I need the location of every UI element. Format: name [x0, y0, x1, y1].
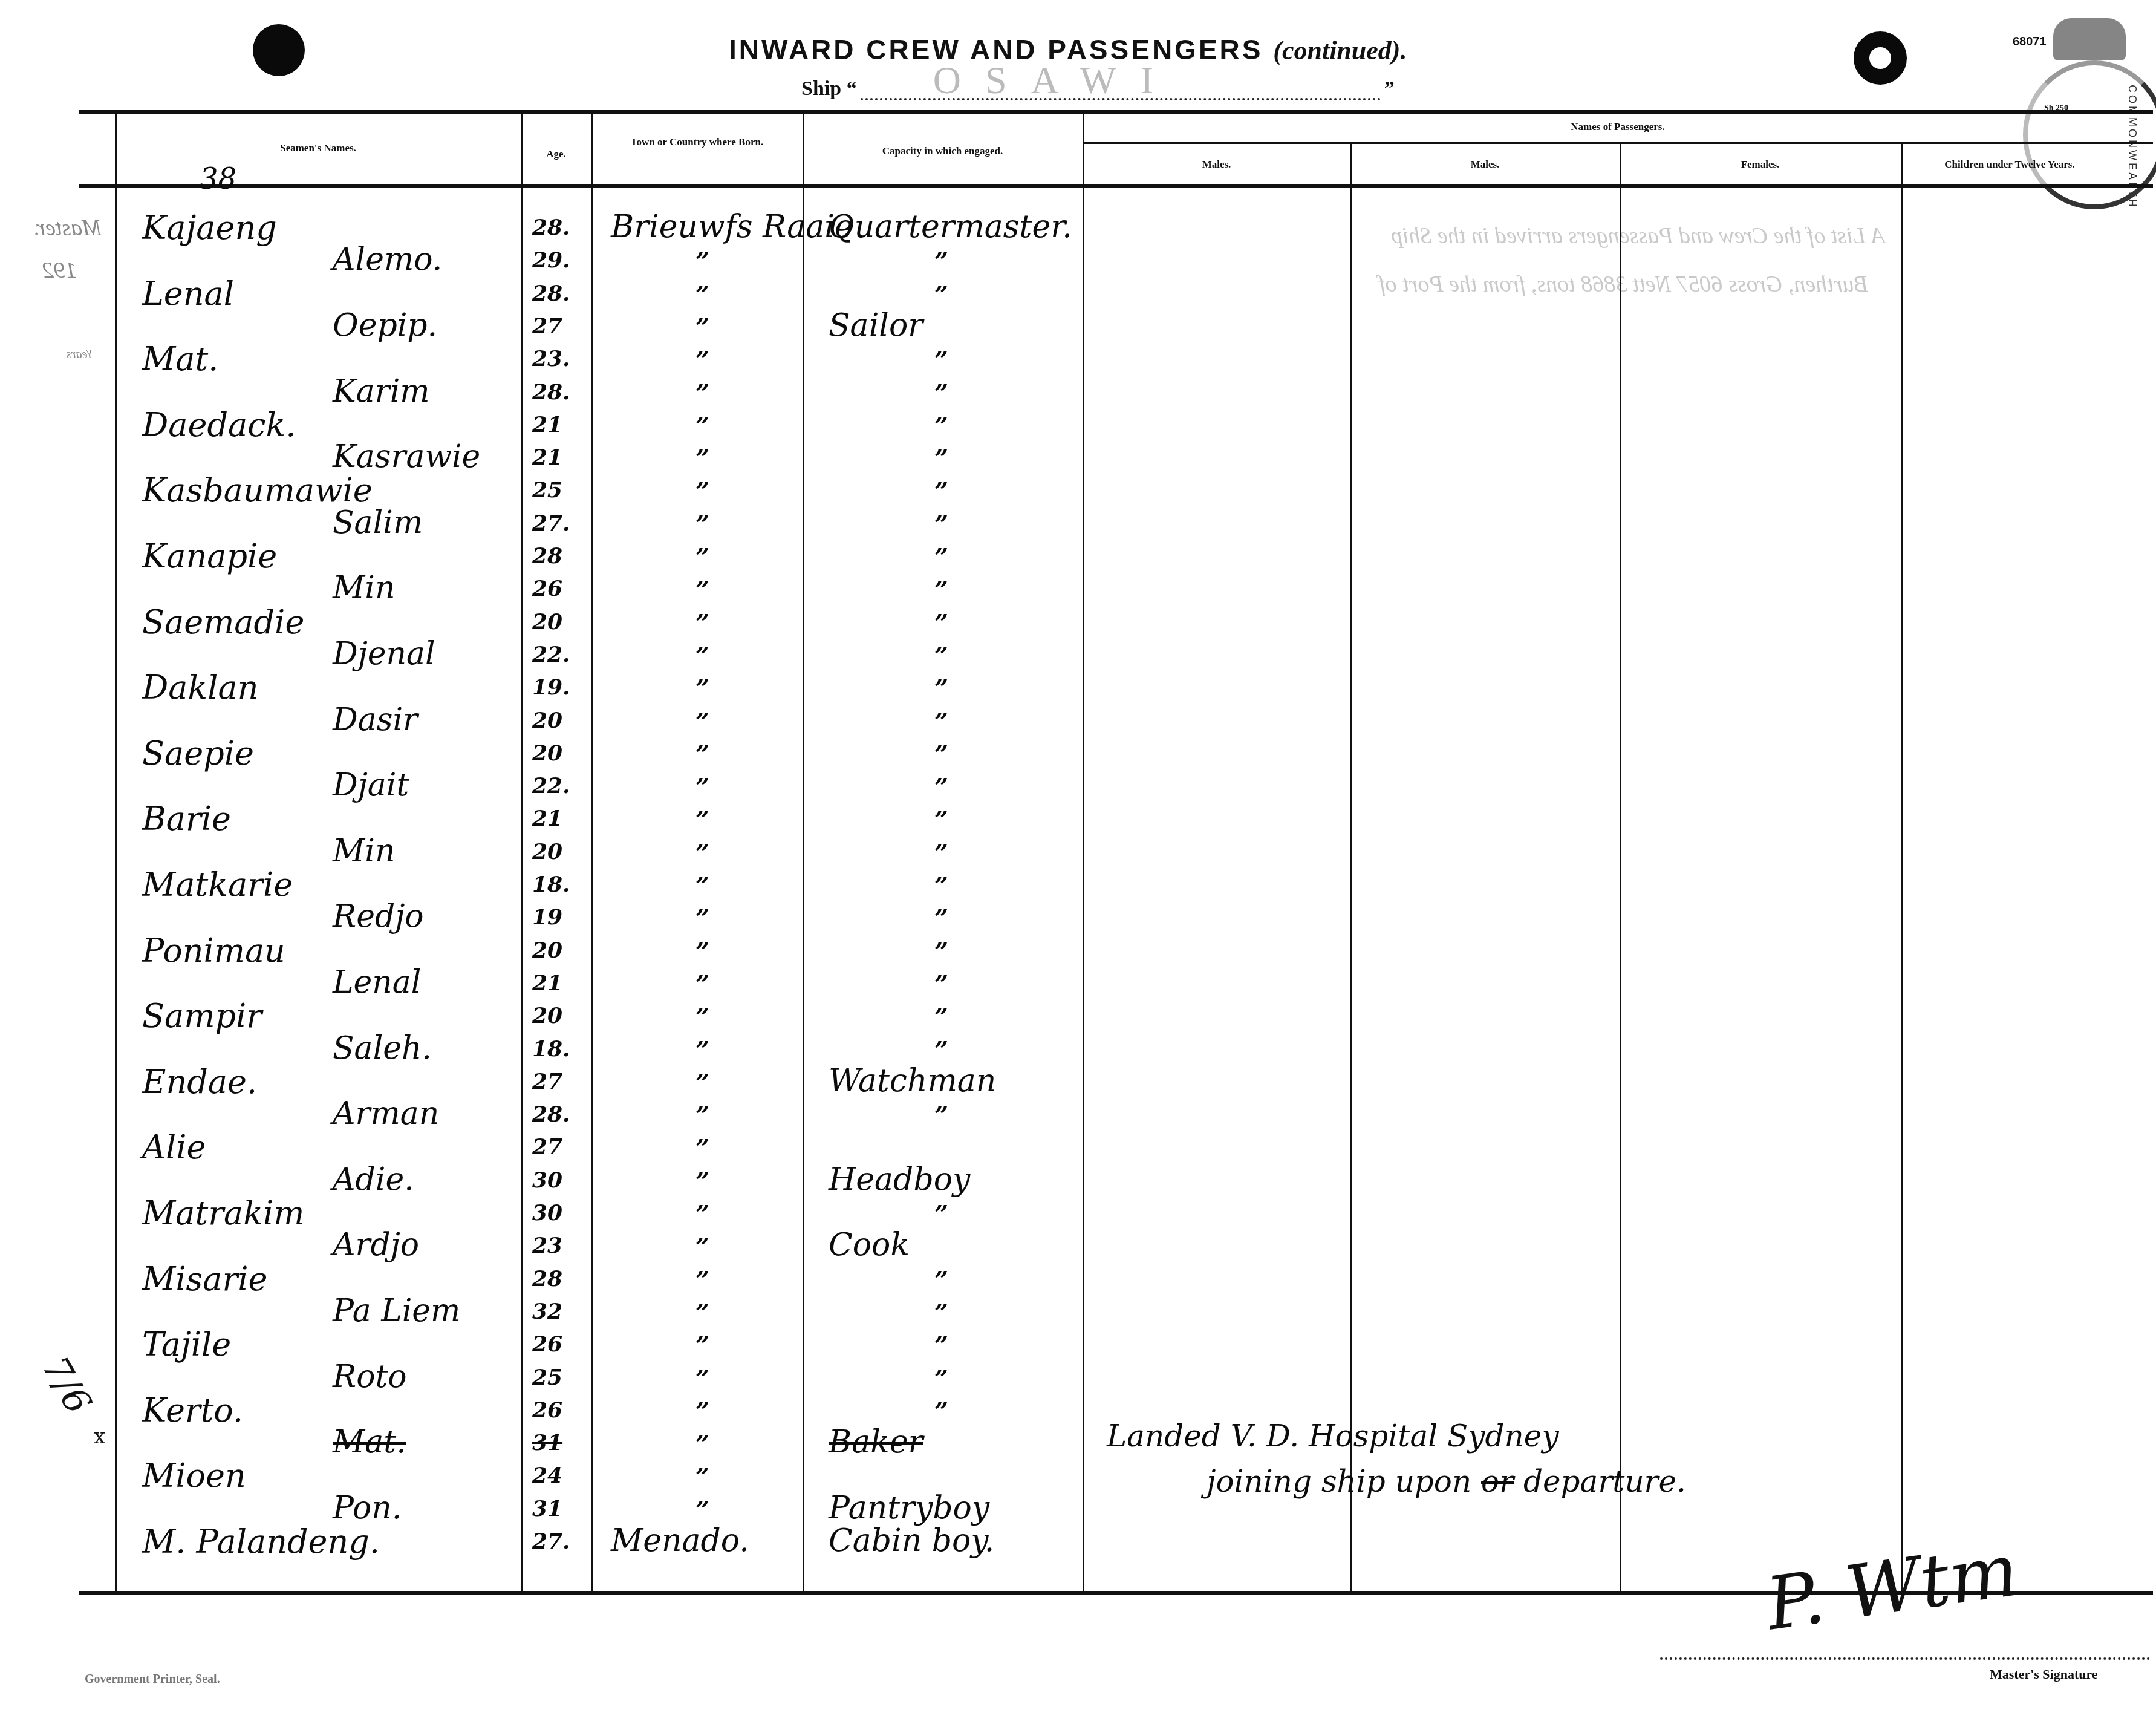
- seaman-age: 28.: [532, 281, 570, 306]
- seaman-capacity: Headboy: [829, 1161, 970, 1198]
- seaman-first-name: Matrakim: [142, 1194, 304, 1232]
- seaman-birthplace: ”: [695, 1167, 709, 1196]
- seaman-capacity: ”: [934, 445, 948, 473]
- seaman-birthplace: ”: [695, 839, 709, 867]
- ship-name: OSAWI: [933, 58, 1178, 103]
- seaman-first-name: Mat.: [142, 340, 218, 378]
- seaman-age: 24: [532, 1463, 562, 1488]
- header-seamens-names: Seamen's Names.: [115, 142, 521, 154]
- seaman-capacity: ”: [934, 247, 948, 276]
- seaman-age: 25: [532, 477, 562, 503]
- seaman-capacity: Cabin boy.: [829, 1523, 994, 1559]
- seaman-birthplace: ”: [695, 773, 709, 802]
- seaman-capacity: ”: [934, 740, 948, 769]
- col-rule-males2: [1350, 143, 1352, 1593]
- form-number: 68071: [2013, 35, 2047, 49]
- seaman-capacity: Baker: [829, 1424, 923, 1460]
- seaman-capacity: ”: [934, 674, 948, 703]
- seaman-birthplace: ”: [695, 543, 709, 572]
- seaman-second-name: Roto: [333, 1359, 407, 1395]
- seaman-age: 21: [532, 445, 562, 470]
- seaman-birthplace: ”: [695, 1365, 709, 1393]
- seaman-birthplace: ”: [695, 1069, 709, 1097]
- seaman-second-name: Kasrawie: [333, 439, 480, 475]
- seaman-age: 20: [532, 839, 562, 864]
- seaman-second-name: Lenal: [333, 964, 421, 1001]
- seaman-capacity: ”: [934, 511, 948, 539]
- seaman-capacity: ”: [934, 904, 948, 933]
- seaman-first-name: Barie: [142, 800, 231, 838]
- seaman-birthplace: ”: [695, 1233, 709, 1261]
- seaman-first-name: Lenal: [142, 275, 234, 313]
- master-signature: P. Wtm: [1761, 1529, 2023, 1647]
- seaman-capacity: ”: [934, 872, 948, 900]
- col-rule-capacity: [803, 112, 804, 1593]
- seaman-age: 20: [532, 708, 562, 733]
- seaman-second-name: Salim: [333, 504, 423, 541]
- seaman-birthplace: Brieuwfs Raaie: [611, 209, 853, 245]
- seaman-age: 20: [532, 1003, 562, 1028]
- seaman-birthplace: ”: [695, 346, 709, 374]
- seaman-age: 18.: [532, 1036, 570, 1062]
- seaman-first-name: M. Palandeng.: [142, 1523, 380, 1561]
- seaman-capacity: ”: [934, 609, 948, 638]
- seaman-capacity: ”: [934, 1365, 948, 1393]
- seaman-birthplace: ”: [695, 609, 709, 638]
- seaman-capacity: ”: [934, 1266, 948, 1295]
- seaman-capacity: ”: [934, 1200, 948, 1229]
- seaman-birthplace: ”: [695, 281, 709, 309]
- seaman-age: 28: [532, 543, 562, 569]
- seaman-birthplace: ”: [695, 1331, 709, 1360]
- seaman-second-name: Min: [333, 833, 395, 869]
- seaman-capacity: Cook: [829, 1227, 910, 1263]
- seaman-age: 23: [532, 1233, 562, 1258]
- seaman-second-name: Ardjo: [333, 1227, 419, 1263]
- seaman-first-name: Kerto.: [142, 1391, 243, 1429]
- seaman-birthplace: ”: [695, 445, 709, 473]
- seaman-birthplace: ”: [695, 1496, 709, 1524]
- printer-imprint: Government Printer, Seal.: [85, 1673, 220, 1686]
- seaman-first-name: Kajaeng: [142, 209, 277, 247]
- bleed-through-line-1: A List of the Crew and Passengers arrive…: [1391, 223, 1885, 249]
- seaman-birthplace: ”: [695, 642, 709, 670]
- passengers-subhead-rule: [1083, 142, 2153, 144]
- seaman-age: 20: [532, 609, 562, 635]
- seaman-age: 21: [532, 970, 562, 996]
- seaman-capacity: ”: [934, 576, 948, 604]
- seaman-age: 20: [532, 740, 562, 766]
- seaman-second-name: Djait: [333, 767, 409, 803]
- seaman-first-name: Matkarie: [142, 866, 293, 904]
- seaman-age: 28.: [532, 215, 570, 240]
- seaman-age: 26: [532, 1397, 562, 1423]
- seaman-second-name: Djenal: [333, 636, 435, 672]
- seaman-first-name: Mioen: [142, 1457, 246, 1495]
- seaman-birthplace: ”: [695, 1003, 709, 1031]
- seaman-second-name: Redjo: [333, 898, 424, 935]
- col-rule-left: [115, 112, 117, 1593]
- margin-fraction: 7/6: [34, 1350, 100, 1422]
- header-age: Age.: [521, 148, 591, 160]
- seaman-birthplace: ”: [695, 511, 709, 539]
- seaman-age: 30: [532, 1167, 562, 1193]
- seaman-age: 23.: [532, 346, 570, 371]
- seaman-birthplace: ”: [695, 1200, 709, 1229]
- seaman-first-name: Alie: [142, 1128, 206, 1166]
- seaman-age: 20: [532, 938, 562, 963]
- seaman-age: 31: [532, 1496, 562, 1521]
- seaman-capacity: Quartermaster.: [829, 209, 1072, 245]
- seaman-first-name: Tajile: [142, 1325, 231, 1363]
- seaman-birthplace: ”: [695, 806, 709, 834]
- seaman-birthplace: ”: [695, 1397, 709, 1426]
- seaman-age: 28.: [532, 379, 570, 405]
- seaman-capacity: ”: [934, 806, 948, 834]
- punch-hole-left: [253, 24, 305, 76]
- seaman-birthplace: ”: [695, 576, 709, 604]
- header-passengers: Names of Passengers.: [1083, 121, 2153, 133]
- seaman-capacity: Pantryboy: [829, 1490, 989, 1526]
- seaman-first-name: Saemadie: [142, 603, 304, 641]
- seaman-second-name: Oepip.: [333, 307, 437, 344]
- seaman-first-name: Daedack.: [142, 406, 296, 444]
- bleed-through-left-3: Years: [67, 348, 93, 362]
- seaman-capacity: ”: [934, 281, 948, 309]
- seaman-first-name: Kanapie: [142, 537, 277, 575]
- ship-field: Ship “ OSAWI ”: [801, 77, 1395, 100]
- col-rule-children: [1901, 143, 1903, 1593]
- seaman-capacity: ”: [934, 1036, 948, 1065]
- seaman-capacity: ”: [934, 346, 948, 374]
- bleed-through-left-1: Master.: [33, 215, 102, 241]
- seaman-age: 22.: [532, 773, 570, 798]
- col-rule-age: [521, 112, 523, 1593]
- seaman-birthplace: ”: [695, 708, 709, 736]
- col-rule-females: [1620, 143, 1621, 1593]
- seaman-birthplace: ”: [695, 313, 709, 342]
- col-rule-males1: [1083, 112, 1084, 1593]
- seaman-capacity: ”: [934, 1397, 948, 1426]
- seaman-second-name: Karim: [333, 373, 430, 410]
- hospital-note-line-1: Landed V. D. Hospital Sydney: [1107, 1419, 1559, 1454]
- margin-x-mark: x: [94, 1425, 105, 1449]
- table-top-rule: [79, 110, 2153, 114]
- seaman-birthplace: ”: [695, 970, 709, 999]
- seaman-age: 27: [532, 1069, 562, 1094]
- seaman-age: 21: [532, 412, 562, 437]
- seaman-second-name: Pa Liem: [333, 1293, 460, 1329]
- seaman-second-name: Arman: [333, 1095, 439, 1132]
- seaman-age: 18.: [532, 872, 570, 897]
- seaman-first-name: Daklan: [142, 668, 258, 707]
- seaman-birthplace: ”: [695, 1299, 709, 1327]
- seaman-age: 31: [532, 1430, 562, 1455]
- seaman-second-name: Pon.: [333, 1490, 402, 1526]
- hospital-note-line-2: joining ship upon or departure.: [1207, 1464, 1686, 1499]
- seaman-capacity: ”: [934, 773, 948, 802]
- seaman-capacity: ”: [934, 412, 948, 440]
- seaman-capacity: ”: [934, 642, 948, 670]
- seaman-age: 26: [532, 576, 562, 601]
- seaman-first-name: Endae.: [142, 1063, 257, 1101]
- seaman-age: 32: [532, 1299, 562, 1324]
- seaman-capacity: ”: [934, 1003, 948, 1031]
- seaman-capacity: ”: [934, 839, 948, 867]
- seaman-age: 28: [532, 1266, 562, 1291]
- seaman-first-name: Ponimau: [142, 932, 285, 970]
- seaman-second-name: Adie.: [333, 1161, 414, 1198]
- seaman-birthplace: ”: [695, 872, 709, 900]
- seaman-age: 25: [532, 1365, 562, 1390]
- seaman-capacity: Watchman: [829, 1063, 996, 1099]
- seaman-first-name: Sampir: [142, 997, 262, 1035]
- seaman-birthplace: ”: [695, 1266, 709, 1295]
- seaman-age: 27: [532, 1134, 562, 1160]
- seaman-capacity: ”: [934, 938, 948, 966]
- seaman-capacity: ”: [934, 1331, 948, 1360]
- crown-stamp-icon: [2053, 18, 2126, 60]
- seaman-birthplace: Menado.: [611, 1523, 749, 1559]
- seaman-first-name: Misarie: [142, 1260, 268, 1298]
- stamp-text: COMMONWEALTH: [2126, 85, 2138, 209]
- seaman-birthplace: ”: [695, 477, 709, 506]
- seaman-birthplace: ”: [695, 379, 709, 408]
- header-males-1: Males.: [1083, 158, 1350, 171]
- seaman-second-name: Dasir: [333, 702, 418, 738]
- seaman-age: 22.: [532, 642, 570, 667]
- seaman-age: 29.: [532, 247, 570, 273]
- seaman-second-name: Mat.: [333, 1424, 406, 1460]
- seaman-age: 19: [532, 904, 562, 930]
- header-children: Children under Twelve Years.: [1901, 158, 2119, 171]
- signature-line: [1660, 1657, 2150, 1660]
- seaman-capacity: ”: [934, 1102, 948, 1130]
- seaman-age: 21: [532, 806, 562, 831]
- seaman-capacity: ”: [934, 970, 948, 999]
- signature-label: Master's Signature: [1990, 1667, 2098, 1682]
- seaman-birthplace: ”: [695, 1463, 709, 1491]
- seaman-age: 30: [532, 1200, 562, 1226]
- seaman-birthplace: ”: [695, 938, 709, 966]
- seaman-age: 27.: [532, 511, 570, 536]
- seaman-birthplace: ”: [695, 904, 709, 933]
- bleed-through-left-2: 192: [42, 257, 77, 284]
- header-bottom-rule: [79, 184, 2153, 188]
- seaman-age: 27.: [532, 1529, 570, 1554]
- seaman-capacity: ”: [934, 477, 948, 506]
- seaman-capacity: Sailor: [829, 307, 923, 344]
- header-town-country: Town or Country where Born.: [617, 136, 777, 148]
- seaman-birthplace: ”: [695, 740, 709, 769]
- header-females: Females.: [1620, 158, 1901, 171]
- seaman-capacity: ”: [934, 379, 948, 408]
- punch-hole-right: [1854, 31, 1907, 85]
- header-males-2: Males.: [1350, 158, 1620, 171]
- seaman-first-name: Saepie: [142, 734, 254, 772]
- seaman-birthplace: ”: [695, 674, 709, 703]
- seaman-birthplace: ”: [695, 1036, 709, 1065]
- page-tally: 38: [200, 162, 236, 196]
- col-rule-town: [591, 112, 593, 1593]
- seaman-second-name: Saleh.: [333, 1030, 432, 1066]
- header-capacity: Capacity in which engaged.: [803, 145, 1083, 157]
- seaman-age: 26: [532, 1331, 562, 1357]
- seaman-birthplace: ”: [695, 1430, 709, 1458]
- seaman-birthplace: ”: [695, 1134, 709, 1163]
- seaman-birthplace: ”: [695, 247, 709, 276]
- seaman-age: 19.: [532, 674, 570, 700]
- bleed-through-line-2: Burthen, Gross 6057 Nett 3868 tons, from…: [1379, 271, 1868, 298]
- seaman-birthplace: ”: [695, 1102, 709, 1130]
- seaman-capacity: ”: [934, 708, 948, 736]
- seaman-second-name: Min: [333, 570, 395, 606]
- seaman-age: 28.: [532, 1102, 570, 1127]
- seaman-age: 27: [532, 313, 562, 339]
- seaman-capacity: ”: [934, 543, 948, 572]
- seaman-capacity: ”: [934, 1299, 948, 1327]
- seaman-second-name: Alemo.: [333, 241, 442, 278]
- seaman-birthplace: ”: [695, 412, 709, 440]
